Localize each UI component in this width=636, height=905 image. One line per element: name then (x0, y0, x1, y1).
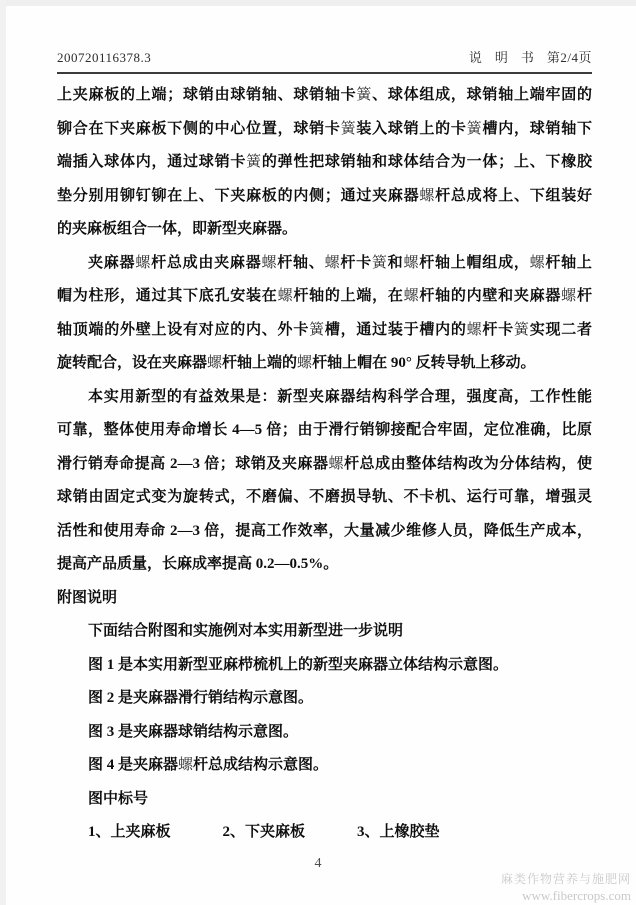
text-line: 图 3 是夹麻器球销结构示意图。 (57, 716, 592, 750)
application-number: 200720116378.3 (57, 50, 151, 66)
text-line: 轴顶端的外壁上设有对应的内、外卡簧槽，通过装于槽内的螺杆卡簧实现二者 (57, 314, 592, 348)
text-line: 图中标号 (57, 783, 592, 817)
header-divider (57, 72, 592, 74)
text-line: 上夹麻板的上端；球销由球销轴、球销轴卡簧、球体组成，球销轴上端牢固的 (57, 79, 592, 113)
text-line: 铆合在下夹麻板下侧的中心位置，球销卡簧装入球销上的卡簧槽内，球销轴下 (57, 113, 592, 147)
watermark-url: www.fibercrops.com (501, 888, 631, 904)
text-line: 垫分别用铆钉铆在上、下夹麻板的内侧；通过夹麻器螺杆总成将上、下组装好 (57, 180, 592, 214)
watermark-site-name: 麻类作物营养与施肥网 (501, 872, 631, 888)
header-right: 说明书第2/4页 (469, 47, 592, 66)
text-line: 提高产品质量，长麻成率提高 0.2—0.5%。 (57, 548, 592, 582)
document-title: 说明书 (469, 50, 547, 65)
page-indicator: 第2/4页 (547, 50, 592, 65)
document-body: 上夹麻板的上端；球销由球销轴、球销轴卡簧、球体组成，球销轴上端牢固的铆合在下夹麻… (57, 79, 592, 850)
scan-edge-top (0, 0, 636, 6)
page-header: 200720116378.3 说明书第2/4页 (57, 47, 592, 66)
text-line: 球销由固定式变为旋转式，不磨偏、不磨损导轨、不卡机、运行可靠，增强灵 (57, 481, 592, 515)
text-line: 旋转配合，设在夹麻器螺杆轴上端的螺杆轴上帽在 90° 反转导轨上移动。 (57, 347, 592, 381)
page-number: 4 (0, 856, 636, 872)
text-line: 可靠，整体使用寿命增长 4—5 倍；由于滑行销铆接配合牢固，定位准确，比原 (57, 414, 592, 448)
watermark: 麻类作物营养与施肥网 www.fibercrops.com (501, 872, 631, 903)
text-line: 的夹麻板组合一体，即新型夹麻器。 (57, 213, 592, 247)
text-line: 下面结合附图和实施例对本实用新型进一步说明 (57, 615, 592, 649)
figure-label: 1、上夹麻板 (88, 816, 171, 850)
section-heading: 附图说明 (57, 582, 592, 616)
text-line: 图 4 是夹麻器螺杆总成结构示意图。 (57, 749, 592, 783)
text-line: 端插入球体内，通过球销卡簧的弹性把球销轴和球体结合为一体；上、下橡胶 (57, 146, 592, 180)
patent-specification-page: 200720116378.3 说明书第2/4页 上夹麻板的上端；球销由球销轴、球… (0, 0, 636, 905)
text-line: 图 1 是本实用新型亚麻栉梳机上的新型夹麻器立体结构示意图。 (57, 649, 592, 683)
text-line: 夹麻器螺杆总成由夹麻器螺杆轴、螺杆卡簧和螺杆轴上帽组成，螺杆轴上 (57, 247, 592, 281)
figure-label: 2、下夹麻板 (223, 816, 306, 850)
text-line: 帽为柱形，通过其下底孔安装在螺杆轴的上端，在螺杆轴的内壁和夹麻器螺杆 (57, 280, 592, 314)
scan-edge-left (0, 0, 6, 905)
text-line: 图 2 是夹麻器滑行销结构示意图。 (57, 682, 592, 716)
figure-label: 3、上橡胶垫 (357, 816, 440, 850)
text-line: 滑行销寿命提高 2—3 倍；球销及夹麻器螺杆总成由整体结构改为分体结构，使 (57, 448, 592, 482)
figure-labels-row: 1、上夹麻板2、下夹麻板3、上橡胶垫 (57, 816, 592, 850)
text-line: 本实用新型的有益效果是：新型夹麻器结构科学合理，强度高，工作性能 (57, 381, 592, 415)
text-line: 活性和使用寿命 2—3 倍，提高工作效率，大量减少维修人员，降低生产成本， (57, 515, 592, 549)
